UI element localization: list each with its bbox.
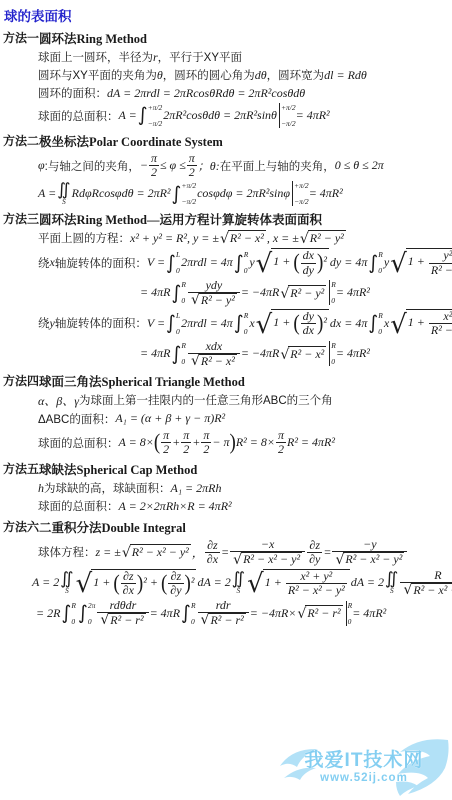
math-text: ∂z: [171, 569, 182, 583]
denominator: ∂y: [307, 552, 322, 566]
math-text: dA = 2πrdl = 2πRcosθRdθ = 2πR²cosθdθ: [107, 86, 305, 101]
square-root: √R² − r²: [100, 613, 145, 627]
math-text: +: [192, 435, 200, 450]
square-root: √R² − x² − y²: [403, 583, 452, 597]
math-text: A = 2: [32, 575, 59, 590]
fraction: π2: [276, 429, 286, 456]
radicand: R² − x² − y²: [411, 583, 452, 597]
fraction: ∂z∂x: [205, 539, 220, 566]
math-text: =: [221, 545, 229, 560]
fraction: rdθdr√R² − r²: [97, 599, 148, 627]
fraction: ∂z∂x: [121, 570, 136, 597]
denominator: √R² − x² − y²: [230, 551, 305, 566]
math-text: R: [434, 568, 441, 582]
fraction: x² + y²R² − x² − y²: [286, 570, 347, 597]
section-2: 方法二极坐标法Polar Coordinate Systemφ:与轴之间的夹角，…: [0, 132, 452, 206]
numerator: x² + y²: [298, 570, 334, 583]
math-text: ydy: [206, 278, 223, 292]
square-root: √R² − x²: [280, 346, 326, 362]
left-wing-icon: [280, 749, 318, 780]
math-text: = 4πR²: [309, 186, 343, 201]
math-text: 1 +: [273, 315, 293, 329]
integral-icon: ∫: [234, 254, 244, 272]
integral-icon: ∫: [172, 185, 182, 203]
radicand: R² − x² − y²: [241, 552, 302, 566]
integral-bounds: 2π0: [88, 601, 96, 626]
math-text: −y: [363, 537, 376, 551]
content-line: 球面的总面积：A = ∫+π/2−π/22πR²cosθdθ = 2πR²sin…: [38, 103, 452, 128]
section-lines: α、β、γ为球面上第一挂限内的一任意三角形ABC的三个角ΔABC的面积：A₁ =…: [38, 392, 452, 456]
numerator: dy: [301, 310, 316, 323]
upper-bound: +π/2: [148, 103, 163, 112]
integral: ∫R0: [61, 601, 76, 626]
text-run: 为球面上第一挂限内的一任意三角形ABC的三个角: [79, 392, 333, 408]
text-run: 圆环的面积：: [38, 85, 107, 101]
math-text: R² = 4πR²: [287, 435, 335, 450]
math-text: φ: [38, 158, 45, 173]
right-wing-icon: [396, 739, 449, 796]
math-text: ∂x: [207, 552, 218, 566]
numerator: π: [161, 429, 171, 442]
fraction: −x√R² − x² − y²: [230, 538, 305, 566]
upper-bound: R: [181, 341, 186, 350]
text-run: 球面的总面积：: [38, 435, 119, 451]
math-text: RdφRcosφdθ = 2πR²: [72, 186, 171, 201]
numerator: π: [187, 152, 197, 165]
section-heading: 方法二极坐标法Polar Coordinate System: [0, 132, 452, 150]
math-text: = 4πR: [140, 285, 170, 300]
math-text: y²: [443, 248, 452, 262]
integral: ∫R0: [181, 601, 196, 626]
upper-bound: 2π: [88, 601, 96, 610]
integral-bounds: R0: [378, 250, 383, 275]
math-text: R² − x² − y²: [132, 545, 189, 559]
section-lines: 平面上圆的方程：x² + y² = R², y = ±√R² − x², x =…: [38, 230, 452, 368]
integral-bounds: R0: [244, 311, 249, 336]
math-text: A₁ = 2πRh: [171, 481, 222, 496]
radicand: R² − r²: [305, 605, 342, 621]
denominator: R² − y²: [429, 263, 452, 277]
integral-bounds: L0: [176, 250, 180, 275]
math-text: dy: [303, 263, 314, 277]
radicand: R² − x²: [288, 346, 326, 362]
content-line: = 4πR∫R0ydy√R² − y² = −4πR√R² − y²R0 = 4…: [140, 279, 452, 307]
section-lines: 球体方程：z = ±√R² − x² − y²，∂z∂x = −x√R² − x…: [38, 538, 452, 627]
math-text: R² − x²: [230, 231, 264, 245]
lower-bound: −π/2: [148, 119, 163, 128]
content-line: A = ∬SRdφRcosφdθ = 2πR²∫+π/2−π/2cosφdφ =…: [38, 181, 452, 206]
math-text: dy = 4π: [330, 255, 367, 270]
denominator: √R² − x² − y²: [400, 582, 452, 597]
denominator: R² − x²: [429, 323, 452, 337]
section-title: 圆环法Ring Method: [39, 29, 147, 47]
math-text: 1 +: [408, 315, 428, 329]
big-delimiter: ): [317, 315, 323, 332]
fraction: rdr√R² − r²: [198, 599, 249, 627]
math-text: x²: [443, 309, 452, 323]
upper-bound: L: [176, 311, 180, 320]
content-line: A = 2∬S√1 + (∂z∂x)² + (∂z∂y)²dA = 2∬S√1 …: [32, 569, 452, 597]
content-line: α、β、γ为球面上第一挂限内的一任意三角形ABC的三个角: [38, 392, 452, 409]
upper-bound: R: [181, 280, 186, 289]
lower-bound: −π/2: [181, 197, 196, 206]
section-heading: 方法六二重积分法Double Integral: [0, 518, 452, 536]
integral-icon: ∫: [166, 314, 176, 332]
square-root: √1 + y²R² − y²: [390, 248, 452, 276]
integral-bounds: +π/2−π/2: [181, 181, 196, 206]
denominator: 2: [149, 165, 159, 179]
domain-label: S: [237, 586, 241, 595]
math-text: π: [189, 151, 195, 165]
math-text: V =: [147, 255, 165, 270]
math-text: R² − x² − y²: [243, 552, 300, 566]
numerator: dx: [301, 249, 316, 262]
numerator: x²: [441, 310, 452, 323]
lower-bound: 0: [244, 327, 249, 336]
math-text: A = 8×: [119, 435, 154, 450]
math-text: 2: [203, 442, 209, 456]
integral-icon: ∫: [61, 604, 71, 622]
text-run: 绕: [38, 255, 50, 271]
numerator: rdr: [214, 599, 233, 612]
domain-label: S: [390, 586, 394, 595]
denominator: √R² − x² − y²: [332, 551, 407, 566]
math-text: R² − x² − y²: [288, 583, 345, 597]
content-line: 圆环与XY平面的夹角为θ，圆环的圆心角为dθ，圆环宽为dl = Rdθ: [38, 67, 452, 83]
lower-bound: 0: [244, 266, 249, 275]
fraction: x²R² − x²: [429, 310, 452, 337]
square-root: √1 + (dxdy)²: [256, 248, 329, 276]
lower-bound: 0: [378, 327, 383, 336]
denominator: 2: [276, 442, 286, 456]
integral-icon: ∫: [138, 106, 148, 124]
text-run: ΔABC的面积：: [38, 411, 115, 427]
lower-bound: 0: [176, 327, 180, 336]
math-text: dy: [303, 309, 314, 323]
integral-icon: ∫: [368, 314, 378, 332]
numerator: π: [149, 152, 159, 165]
radicand: 1 + y²R² − y²: [406, 248, 452, 276]
section-label: 方法三: [3, 210, 39, 228]
square-root: √R² − r²: [297, 605, 342, 621]
upper-bound: R: [378, 250, 383, 259]
fraction: xdx√R² − x²: [188, 340, 240, 368]
math-text: z = ±: [96, 545, 121, 560]
page-title: 球的表面积: [4, 5, 452, 25]
content-line: 球体方程：z = ±√R² − x² − y²，∂z∂x = −x√R² − x…: [38, 538, 452, 566]
section-6: 方法六二重积分法Double Integral球体方程：z = ±√R² − x…: [0, 518, 452, 627]
math-text: R² − y²: [431, 263, 452, 277]
math-text: 2: [163, 442, 169, 456]
lower-bound: 0: [181, 296, 186, 305]
evaluation-bar: +π/2−π/2: [279, 103, 296, 128]
integral-icon: ∫: [181, 604, 191, 622]
numerator: R: [432, 569, 443, 582]
square-root: √R² − y²: [280, 285, 326, 301]
denominator: ∂x: [121, 583, 136, 597]
math-text: dA = 2: [197, 575, 230, 590]
section-5: 方法五球缺法Spherical Cap Methodh为球缺的高，球缺面积：A₁…: [0, 460, 452, 514]
math-text: = 4πR²: [336, 285, 370, 300]
radicand: 1 + (∂z∂x)² + (∂z∂y)²: [91, 569, 196, 597]
section-label: 方法四: [3, 372, 39, 390]
text-run: 球面的总面积：: [38, 108, 119, 124]
integral-icon: ∫: [368, 254, 378, 272]
radical-icon: √: [76, 571, 93, 597]
numerator: π: [201, 429, 211, 442]
section-heading: 方法五球缺法Spherical Cap Method: [0, 460, 452, 478]
math-text: ²: [323, 255, 327, 269]
numerator: y²: [441, 249, 452, 262]
wing-decoration-icon: [278, 736, 450, 798]
math-text: 2: [278, 442, 284, 456]
radicand: 1 + (dydx)²: [271, 309, 329, 337]
math-text: R² − x² − y²: [345, 552, 402, 566]
integral: ∫R0: [171, 341, 186, 366]
content-line: 绕x轴旋转体的面积：V = ∫L02πrdl = 4π∫R0y√1 + (dxd…: [38, 248, 452, 276]
integral: ∫L0: [166, 311, 180, 336]
big-delimiter: (: [161, 575, 167, 592]
fraction: ∂z∂y: [307, 539, 322, 566]
big-delimiter: (: [113, 575, 119, 592]
radicand: 1 + x² + y²R² − x² − y²: [263, 569, 350, 597]
math-text: 2πrdl = 4π: [181, 255, 233, 270]
square-root: √R² − y²: [300, 230, 346, 246]
double-integral: ∬S: [232, 571, 245, 595]
content-line: = 2R∫R0∫2π0rdθdr√R² − r² = 4πR∫R0rdr√R² …: [36, 599, 452, 627]
evaluation-bar: R0: [346, 601, 353, 626]
numerator: rdθdr: [108, 599, 139, 612]
radicand: R² − x²: [199, 354, 237, 368]
section-heading: 方法三圆环法Ring Method—运用方程计算旋转体表面面积: [0, 210, 452, 228]
numerator: ydy: [204, 279, 225, 292]
numerator: ∂z: [307, 539, 322, 552]
math-text: R² = 8×: [236, 435, 275, 450]
fraction: π2: [149, 152, 159, 179]
evaluation-bar: +π/2−π/2: [292, 181, 309, 206]
math-text: π: [151, 151, 157, 165]
text-run: 球面的总面积：: [38, 498, 119, 514]
math-text: dx: [303, 248, 314, 262]
math-text: R² − x²: [201, 354, 235, 368]
content-line: φ:与轴之间的夹角，−π2 ≤ φ ≤ π2；θ: 在平面上与轴的夹角，0 ≤ …: [38, 152, 452, 179]
content-line: 绕y轴旋转体的面积：V = ∫L02πrdl = 4π∫R0x√1 + (dyd…: [38, 309, 452, 337]
section-label: 方法二: [3, 132, 39, 150]
upper-bound: R: [191, 601, 196, 610]
math-text: π: [203, 428, 209, 442]
math-text: ，: [192, 544, 204, 561]
integral-icon: ∫: [171, 284, 181, 302]
math-text: R² − y²: [310, 231, 344, 245]
text-run: 轴旋转体的面积：: [55, 255, 147, 271]
math-text: −x: [261, 537, 274, 551]
big-delimiter: ): [317, 254, 323, 271]
square-root: √R² − x² − y²: [122, 544, 191, 560]
integral-bounds: R0: [191, 601, 196, 626]
math-text: − π: [212, 435, 229, 450]
math-text: α、β、γ: [38, 392, 79, 409]
math-text: x² + y²: [300, 569, 332, 583]
math-text: ≤ φ ≤: [160, 158, 186, 173]
math-text: ∂y: [170, 583, 181, 597]
lower-bound: 0: [176, 266, 180, 275]
math-text: R² − r²: [210, 613, 243, 627]
math-text: −: [140, 158, 148, 173]
math-text: +: [172, 435, 180, 450]
integral-icon: ∫: [171, 345, 181, 363]
math-text: 0 ≤ θ ≤ 2π: [335, 158, 384, 173]
radicand: R² − x² − y²: [130, 544, 191, 560]
math-text: ²: [323, 315, 327, 329]
domain-label: S: [62, 197, 66, 206]
numerator: π: [276, 429, 286, 442]
upper-bound: +π/2: [281, 103, 296, 112]
math-text: ∂z: [309, 538, 320, 552]
math-text: 2πR²cosθdθ = 2πR²sinθ: [163, 108, 277, 123]
math-text: = 2R: [36, 606, 60, 621]
math-text: dθ: [255, 68, 267, 83]
math-text: ∂z: [207, 538, 218, 552]
math-text: 1 +: [273, 255, 293, 269]
integral-icon: ∫: [78, 604, 88, 622]
math-text: π: [183, 428, 189, 442]
denominator: ∂x: [205, 552, 220, 566]
upper-bound: R: [244, 311, 249, 320]
math-text: ²: [191, 575, 195, 589]
denominator: 2: [187, 165, 197, 179]
content-line: = 4πR∫R0xdx√R² − x² = −4πR√R² − x²R0 = 4…: [140, 340, 452, 368]
big-delimiter: (: [293, 254, 299, 271]
integral-bounds: R0: [244, 250, 249, 275]
content-line: 圆环的面积：dA = 2πrdl = 2πRcosθRdθ = 2πR²cosθ…: [38, 85, 452, 101]
section-lines: 球面上一圆环，半径为 r，平行于XY平面圆环与XY平面的夹角为θ，圆环的圆心角为…: [38, 49, 452, 128]
square-root: √1 + (dydx)²: [256, 309, 329, 337]
content-line: 球面上一圆环，半径为 r，平行于XY平面: [38, 49, 452, 65]
denominator: ∂y: [168, 583, 183, 597]
watermark-text: 我爱IT技术网: [278, 745, 450, 772]
text-run: 圆环与XY平面的夹角为: [38, 67, 157, 83]
fraction: π2: [201, 429, 211, 456]
document-page: 球的表面积 方法一圆环法Ring Method球面上一圆环，半径为 r，平行于X…: [0, 0, 452, 800]
radical-icon: √: [247, 571, 264, 597]
section-label: 方法一: [3, 29, 39, 47]
math-text: rdr: [216, 598, 231, 612]
section-heading: 方法一圆环法Ring Method: [0, 29, 452, 47]
denominator: dy: [301, 263, 316, 277]
numerator: ∂z: [205, 539, 220, 552]
square-root: √1 + x²R² − x²: [390, 309, 452, 337]
radicand: 1 + (dxdy)²: [271, 248, 329, 276]
lower-bound: 0: [191, 617, 196, 626]
square-root: √1 + (∂z∂x)² + (∂z∂y)²: [76, 569, 197, 597]
fraction: dydx: [301, 310, 316, 337]
numerator: π: [181, 429, 191, 442]
math-text: cosφdφ = 2πR²sinφ: [197, 186, 290, 201]
radicand: R² − y²: [288, 285, 326, 301]
lower-bound: 0: [378, 266, 383, 275]
radicand: R² − x² − y²: [343, 552, 404, 566]
math-text: A₁ = (α + β + γ − π)R²: [115, 411, 225, 426]
content-line: ΔABC的面积：A₁ = (α + β + γ − π)R²: [38, 411, 452, 427]
math-text: = −4πR: [241, 285, 280, 300]
text-run: 球体方程：: [38, 544, 96, 560]
numerator: ∂z: [169, 570, 184, 583]
section-title: 二重积分法Double Integral: [39, 518, 186, 536]
square-root: √R² − x² − y²: [233, 552, 302, 566]
math-text: ² +: [143, 575, 161, 589]
math-text: ；θ:: [198, 157, 220, 174]
math-text: R² − x²: [431, 323, 452, 337]
text-run: 在平面上与轴的夹角，: [220, 158, 335, 174]
denominator: 2: [161, 442, 171, 456]
denominator: √R² − x²: [188, 353, 240, 368]
text-run: ，平行于XY平面: [158, 49, 242, 65]
square-root: √R² − x² − y²: [335, 552, 404, 566]
text-run: 轴旋转体的面积：: [55, 315, 147, 331]
math-text: R² − x²: [290, 347, 324, 361]
math-text: = 4πR²: [296, 108, 330, 123]
math-text: R² − r²: [110, 613, 143, 627]
math-text: ∂y: [309, 552, 320, 566]
math-text: π: [163, 428, 169, 442]
section-title: 极坐标法Polar Coordinate System: [39, 132, 223, 150]
integral-icon: ∫: [166, 254, 176, 272]
content-line: 球面的总面积：A = 8×(π2 + π2 + π2 − π)R² = 8×π2…: [38, 429, 452, 456]
square-root: √R² − x²: [220, 230, 266, 246]
fraction: π2: [161, 429, 171, 456]
content-line: h为球缺的高，球缺面积：A₁ = 2πRh: [38, 480, 452, 496]
section-lines: h为球缺的高，球缺面积：A₁ = 2πRh球面的总面积：A = 2×2πRh×R…: [38, 480, 452, 514]
math-text: = −4πR: [241, 346, 280, 361]
denominator: dx: [301, 323, 316, 337]
integral-bounds: R0: [378, 311, 383, 336]
content-line: 球面的总面积：A = 2×2πRh×R = 4πR²: [38, 498, 452, 514]
math-text: , x = ±: [267, 231, 299, 246]
numerator: −y: [361, 538, 378, 551]
integral: ∫R0: [368, 311, 383, 336]
integral: ∫L0: [166, 250, 180, 275]
upper-bound: R: [244, 250, 249, 259]
integral-bounds: R0: [181, 341, 186, 366]
radical-icon: √: [256, 312, 273, 338]
section-3: 方法三圆环法Ring Method—运用方程计算旋转体表面面积平面上圆的方程：x…: [0, 210, 452, 368]
math-text: = 4πR: [140, 346, 170, 361]
radical-icon: √: [256, 251, 273, 277]
upper-bound: R: [71, 601, 76, 610]
integral: ∫+π/2−π/2: [138, 103, 163, 128]
denominator: R² − x² − y²: [286, 583, 347, 597]
math-text: = 4πR: [150, 606, 180, 621]
math-text: rdθdr: [110, 598, 137, 612]
text-run: :与轴之间的夹角，: [45, 158, 140, 174]
text-run: 平面上圆的方程：: [38, 230, 130, 246]
math-text: R² − x² − y²: [413, 583, 452, 597]
lower-bound: 0: [181, 357, 186, 366]
integral: ∫R0: [368, 250, 383, 275]
section-label: 方法五: [3, 460, 39, 478]
domain-label: S: [65, 586, 69, 595]
square-root: √R² − r²: [201, 613, 246, 627]
integral-icon: ∫: [234, 314, 244, 332]
lower-bound: 0: [71, 617, 76, 626]
math-text: = 4πR²: [336, 346, 370, 361]
upper-bound: R: [378, 311, 383, 320]
radicand: R² − y²: [199, 293, 237, 307]
math-text: = −4πR×: [250, 606, 297, 621]
math-text: y: [384, 255, 389, 270]
section-1: 方法一圆环法Ring Method球面上一圆环，半径为 r，平行于XY平面圆环与…: [0, 29, 452, 128]
math-text: A = 2×2πRh×R = 4πR²: [119, 499, 232, 514]
